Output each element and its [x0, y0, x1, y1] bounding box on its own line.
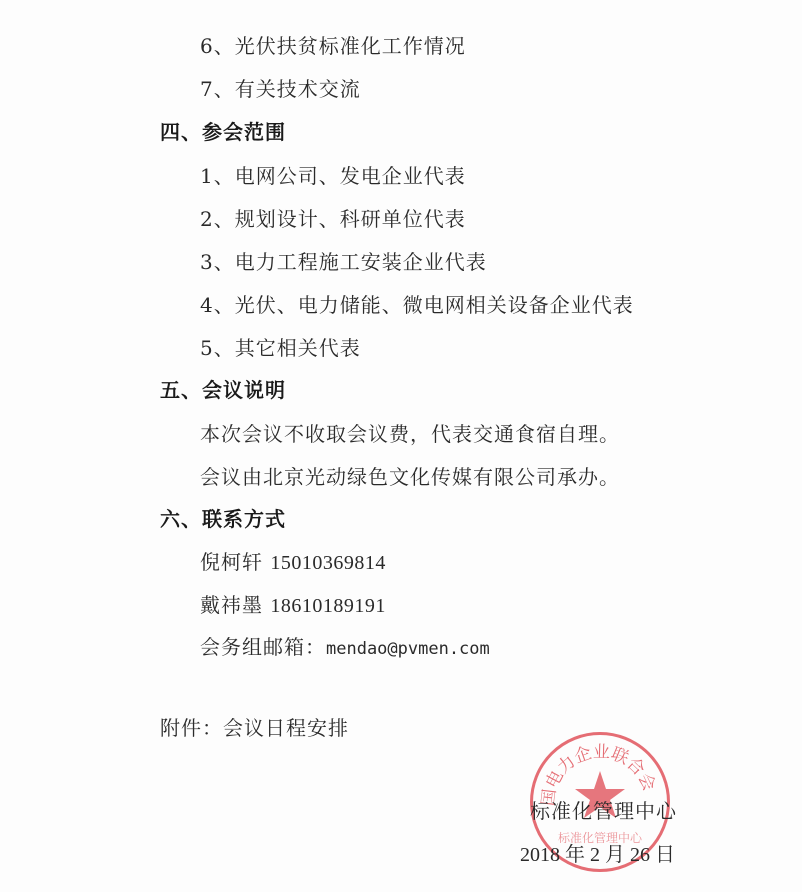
- participant-item-5: 5、其它相关代表: [200, 334, 361, 362]
- email-address: mendao@pvmen.com: [326, 639, 490, 659]
- participant-item-2: 2、规划设计、科研单位代表: [200, 205, 466, 233]
- contact-person-2: 戴祎墨 18610189191: [200, 591, 386, 620]
- contact-phone: 18610189191: [270, 595, 386, 617]
- email-label: 会务组邮箱：: [200, 635, 326, 659]
- contact-person-1: 倪柯轩 15010369814: [200, 548, 386, 577]
- document-page: 6、光伏扶贫标准化工作情况 7、有关技术交流 四、参会范围 1、电网公司、发电企…: [0, 0, 802, 892]
- participant-item-4: 4、光伏、电力储能、微电网相关设备企业代表: [200, 291, 634, 319]
- contact-phone: 15010369814: [270, 552, 386, 574]
- signing-date: 2018 年 2 月 26 日: [520, 841, 675, 869]
- section-heading-notes: 五、会议说明: [160, 376, 286, 404]
- notes-paragraph-1: 本次会议不收取会议费，代表交通食宿自理。: [200, 420, 620, 448]
- contact-name: 戴祎墨: [200, 593, 263, 617]
- notes-paragraph-2: 会议由北京光动绿色文化传媒有限公司承办。: [200, 463, 620, 491]
- section-heading-contact: 六、联系方式: [160, 505, 286, 533]
- agenda-item-7: 7、有关技术交流: [200, 75, 361, 103]
- contact-email-line: 会务组邮箱：mendao@pvmen.com: [200, 633, 490, 663]
- contact-name: 倪柯轩: [200, 550, 263, 574]
- agenda-item-6: 6、光伏扶贫标准化工作情况: [200, 32, 466, 60]
- participant-item-1: 1、电网公司、发电企业代表: [200, 162, 466, 190]
- section-heading-participants: 四、参会范围: [160, 118, 286, 146]
- participant-item-3: 3、电力工程施工安装企业代表: [200, 248, 487, 276]
- signing-organization: 标准化管理中心: [530, 797, 677, 825]
- attachment-note: 附件：会议日程安排: [160, 714, 349, 742]
